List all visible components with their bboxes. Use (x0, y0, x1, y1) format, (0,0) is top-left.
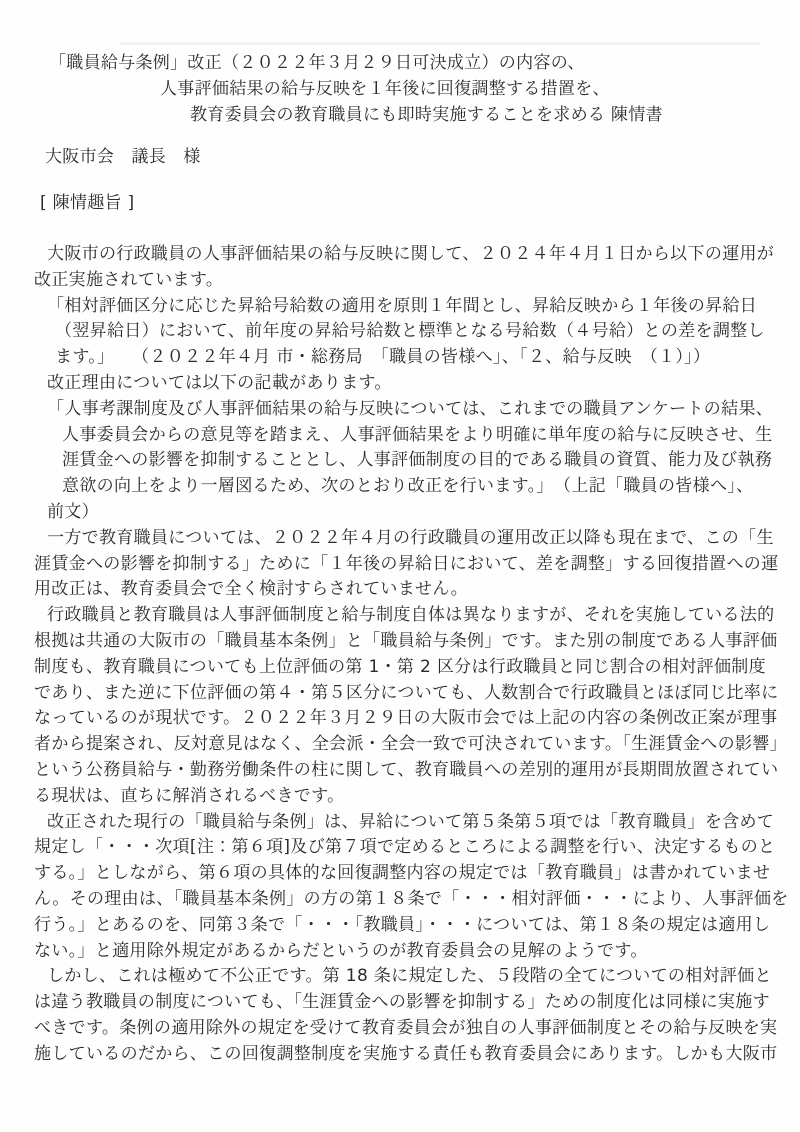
petition-document-page: 「職員給与条例」改正（２０２２年３月２９日可決成立）の内容の、 人事評価結果の給… (0, 0, 800, 1132)
document-line: 根拠は共通の大阪市の「職員基本条例」と「職員給与条例」です。また別の制度である人… (34, 629, 782, 655)
document-line: 行う。」とあるのを、同第３条で「・・・「教職員」・・・については、第１８条の規定… (34, 913, 782, 939)
document-line: （翌昇給日）において、前年度の昇給号給数と標準となる号給数（４号給）との差を調整… (34, 319, 782, 345)
document-line: 意欲の向上をより一層図るため、次のとおり改正を行います。」 （上記「職員の皆様へ… (34, 474, 782, 500)
document-title: 「職員給与条例」改正（２０２２年３月２９日可決成立）の内容の、 人事評価結果の給… (0, 50, 800, 128)
document-line: 一方で教育職員については、２０２２年４月の行政職員の運用改正以降も現在まで、この… (34, 526, 782, 552)
document-line: ない。」と適用除外規定があるからだというのが教育委員会の見解のようです。 (34, 939, 782, 965)
document-line: 規定し「・・・次項[注：第６項]及び第７項で定めるところによる調整を行い、決定す… (34, 835, 782, 861)
scan-artifact (120, 42, 760, 45)
document-line: 用改正は、教育委員会で全く検討すらされていません。 (34, 577, 782, 603)
document-line: 改正理由については以下の記載があります。 (34, 371, 782, 397)
document-line: は違う教職員の制度についても、「生涯賃金への影響を抑制する」ための制度化は同様に… (34, 990, 782, 1016)
document-line: ん。その理由は、「職員基本条例」の方の第１８条で「・・・相対評価・・・により、人… (34, 887, 782, 913)
title-line-2: 人事評価結果の給与反映を１年後に回復調整する措置を、 (34, 76, 780, 102)
document-line: 制度も、教育職員についても上位評価の第 1・第 2 区分は行政職員と同じ割合の相… (34, 655, 782, 681)
document-line: 「相対評価区分に応じた昇給号給数の適用を原則１年間とし、昇給反映から１年後の昇給… (34, 294, 782, 320)
document-line: 「人事考課制度及び人事評価結果の給与反映については、これまでの職員アンケートの結… (34, 397, 782, 423)
document-line: 涯賃金への影響を抑制する」ために「１年後の昇給日において、差を調整」する回復措置… (34, 552, 782, 578)
document-line: 前文） (34, 500, 782, 526)
document-line: なっているのが現状です。２０２２年３月２９日の大阪市会では上記の内容の条例改正案… (34, 706, 782, 732)
document-line: 改正実施されています。 (34, 268, 782, 294)
petition-body-text: 大阪市の行政職員の人事評価結果の給与反映に関して、２０２４年４月１日から以下の運… (0, 242, 800, 1068)
addressee-line: 大阪市会 議長 様 (0, 144, 800, 170)
title-line-1: 「職員給与条例」改正（２０２２年３月２９日可決成立）の内容の、 (34, 50, 780, 76)
document-line: 人事委員会からの意見等を踏まえ、人事評価結果をより明確に単年度の給与に反映させ、… (34, 423, 782, 449)
document-line: る現状は、直ちに解消されるべきです。 (34, 784, 782, 810)
document-line: 行政職員と教育職員は人事評価制度と給与制度自体は異なりますが、それを実施している… (34, 603, 782, 629)
document-line: であり、また逆に下位評価の第４・第５区分についても、人数割合で行政職員とほぼ同じ… (34, 681, 782, 707)
document-line: する。」としながら、第６項の具体的な回復調整内容の規定では「教育職員」は書かれて… (34, 861, 782, 887)
document-line: 施しているのだから、この回復調整制度を実施する責任も教育委員会にあります。しかも… (34, 1042, 782, 1068)
document-line: 者から提案され、反対意見はなく、全会派・全会一致で可決されています。「生涯賃金へ… (34, 732, 782, 758)
document-line: 涯賃金への影響を抑制することとし、人事評価制度の目的である職員の資質、能力及び執… (34, 448, 782, 474)
title-line-3: 教育委員会の教育職員にも即時実施することを求める 陳情書 (34, 102, 780, 128)
document-line: 大阪市の行政職員の人事評価結果の給与反映に関して、２０２４年４月１日から以下の運… (34, 242, 782, 268)
document-line: 改正された現行の「職員給与条例」は、昇給について第５条第５項では「教育職員」を含… (34, 810, 782, 836)
document-line: という公務員給与・勤務労働条件の柱に関して、教育職員への差別的運用が長期間放置さ… (34, 758, 782, 784)
section-heading-petition-purpose: [ 陳情趣旨 ] (0, 190, 800, 216)
document-line: しかし、これは極めて不公正です。第 18 条に規定した、５段階の全てについての相… (34, 964, 782, 990)
document-line: べきです。条例の適用除外の規定を受けて教育委員会が独自の人事評価制度とその給与反… (34, 1016, 782, 1042)
document-line: ます。」 （２０２２年４月 市・総務局 「職員の皆様へ」、「２、給与反映 （１）… (34, 345, 782, 371)
